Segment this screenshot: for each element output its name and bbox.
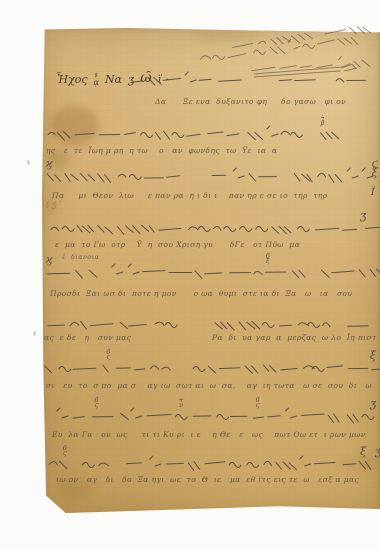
lyrics-line-9: ιω ον αγ δι δο Ξα ηγι ωε το Θ ιε μα εθ ϊ… bbox=[56, 475, 359, 484]
neume-line-3: ϗϛξ bbox=[44, 166, 380, 188]
scanned-page: Ἦχος ♯ ᾳ Να ʒ ω̑ ϊ · ϟβ ϗϛξ ʒ ϗ6ξ 6ϛξ 6ϛ… bbox=[0, 0, 380, 550]
lyrics-line-4: ε μα το Γω οτρ Ϋ η σου Χριση γυ δΓε οτ Π… bbox=[55, 240, 300, 249]
mode-signature: ♯ ᾳ bbox=[94, 72, 99, 86]
lyrics-line-3-tail: Ϊ bbox=[371, 188, 375, 198]
lyrics-line-2: ης ε τε Ϊωη μ ρη η τω ο αν φωνδης τω Ϋε … bbox=[46, 146, 277, 155]
scan-speck bbox=[27, 160, 30, 165]
martyria-ornament: ϟβ bbox=[321, 116, 325, 126]
margin-mark: ( ʒ ʼ bbox=[46, 200, 61, 209]
martyria-ornament: 6ξ bbox=[266, 254, 270, 264]
neume-line-9: 6ϛξʒ bbox=[46, 454, 380, 476]
interlinear-note: ἑ διανοια bbox=[62, 253, 99, 261]
lyrics-line-3: Πα μι Θεον λιω ε παν ρα η ι δι ι παν ηρ … bbox=[52, 191, 328, 200]
martyria-ornament: 6ϛ bbox=[94, 398, 98, 408]
lyrics-line-6-right: Ρα δι υα γαρ α μερζας ω λο Ϊη πιστ bbox=[212, 333, 377, 342]
neume-line-1 bbox=[128, 70, 380, 92]
martyria-ornament: ϗ bbox=[46, 255, 53, 264]
lyrics-line-1: Δα Ξε ενα δυξανιτο φη δο γασω φι ον bbox=[155, 97, 346, 106]
lyrics-line-6-left: ας ε δε η συν μας bbox=[44, 333, 131, 342]
martyria-ornament: 6ϛ bbox=[106, 350, 110, 360]
martyria-ornament: ξ bbox=[360, 447, 366, 456]
neume-line-8: 6ϛ+ν6ϛʒ bbox=[44, 406, 380, 428]
martyria-ornament: ϛξ bbox=[372, 159, 378, 177]
scan-speck bbox=[33, 331, 36, 336]
neume-line-2: ϟβ bbox=[45, 124, 335, 146]
martyria-ornament: ʒ bbox=[375, 447, 380, 456]
martyria-ornament: ϗ bbox=[46, 159, 53, 168]
martyria-ornament: 6ϛ bbox=[63, 446, 67, 456]
neume-line-5: ϗ6ξ bbox=[44, 262, 380, 284]
neume-line-7: 6ϛξ bbox=[42, 358, 380, 380]
martyria-ornament: ʒ bbox=[360, 211, 366, 220]
martyria-ornament: ξ bbox=[370, 351, 376, 360]
lyrics-line-5: Προσδι Ξαι ωσ δι ποτε η μον ο ωα θυμι στ… bbox=[50, 289, 352, 298]
lyrics-line-7: σι ευ το σ πο μα σ αγ ιω σωτ αι ω σα, αγ… bbox=[46, 381, 372, 390]
martyria-ornament: ʒ bbox=[370, 399, 376, 408]
neume-line-4: ʒ bbox=[48, 218, 380, 240]
base-note: Να bbox=[105, 73, 122, 86]
martyria-ornament: 6ϛ bbox=[256, 398, 260, 408]
lyrics-line-8: Ευ λα Γα ον ως τι τι Κυ ρι ι ε η Θε ε ως… bbox=[52, 430, 366, 439]
mode-word: Ἦχος bbox=[56, 73, 88, 86]
martyria-ornament: +ν bbox=[178, 398, 183, 408]
